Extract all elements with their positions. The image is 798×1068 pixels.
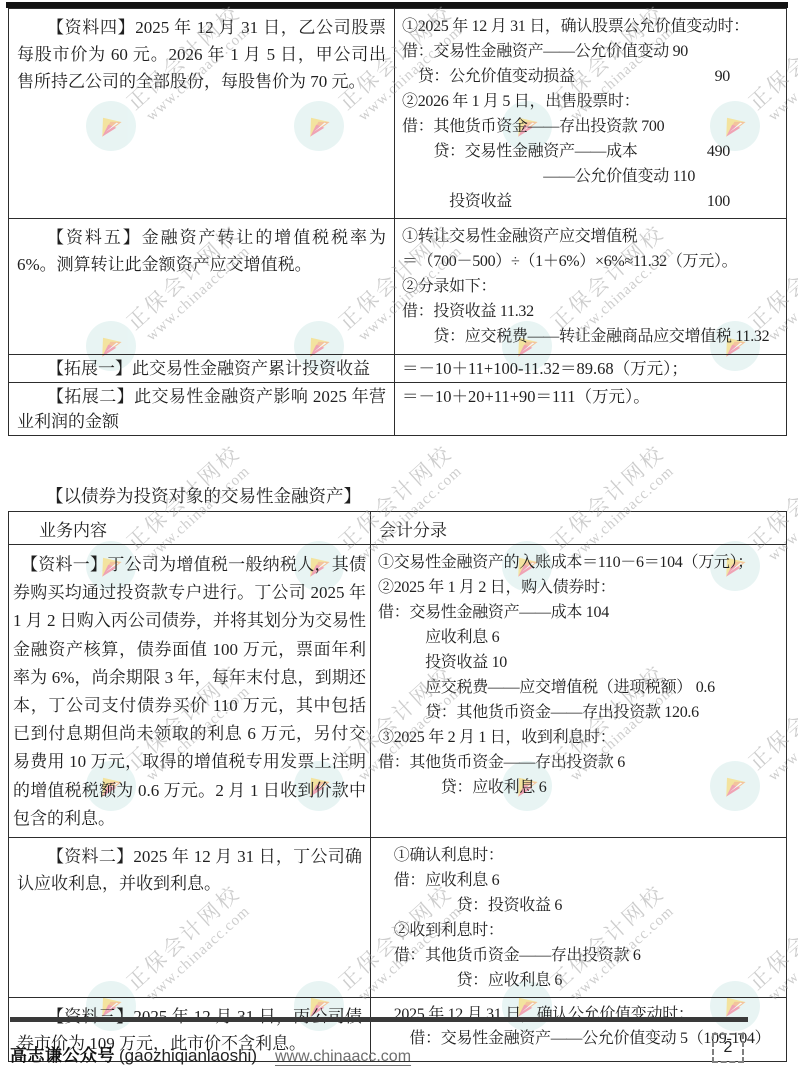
journal-line-text: 贷：其他货币资金——存出投资款 120.6 bbox=[378, 700, 699, 725]
table-header-row: 业务内容 会计分录 bbox=[9, 512, 787, 545]
footer-rule bbox=[10, 1017, 748, 1022]
material-2-entries-cell: ①确认利息时： 借：应收利息 6 贷：投资收益 6 ②收到利息时： 借：其他货币… bbox=[371, 838, 787, 998]
journal-line-text: 借：其他货币资金——存出投资款 700 bbox=[402, 114, 664, 139]
journal-line-text: 贷：投资收益 6 bbox=[378, 893, 562, 918]
journal-line-text: ＝（700－500）÷（1＋6%）×6%≈11.32（万元）。 bbox=[402, 249, 737, 274]
journal-line-text: 贷：应收利息 6 bbox=[378, 968, 562, 993]
footer-account-name: 高志谦公众号 bbox=[10, 1041, 115, 1066]
journal-line: 借：其他货币资金——存出投资款 6 bbox=[378, 750, 782, 775]
journal-line: 投资收益 10 bbox=[378, 650, 782, 675]
material-2-text: 【资料二】2025 年 12 月 31 日，丁公司确认应收利息，并收到利息。 bbox=[17, 843, 362, 897]
table-row-material-5: 【资料五】金融资产转让的增值税税率为 6%。测算转让此金额资产应交增值税。 ①转… bbox=[9, 219, 787, 355]
journal-line: ②2026 年 1 月 5 日，出售股票时： bbox=[402, 89, 782, 114]
material-5-content-cell: 【资料五】金融资产转让的增值税税率为 6%。测算转让此金额资产应交增值税。 bbox=[9, 219, 395, 355]
page-number-box: 2 bbox=[712, 1033, 744, 1063]
extension-1-content-cell: 【拓展一】此交易性金融资产累计投资收益 bbox=[9, 355, 395, 383]
journal-line-text: ①转让交易性金融资产应交增值税 bbox=[402, 224, 638, 249]
journal-line: 投资收益100 bbox=[402, 189, 782, 214]
table-row-material-4: 【资料四】2025 年 12 月 31 日，乙公司股票每股市价为 60 元。20… bbox=[9, 9, 787, 219]
extension-1-result: ＝－10＋11+100-11.32＝89.68（万元）； bbox=[402, 356, 782, 381]
column-header-journal-entries: 会计分录 bbox=[371, 512, 787, 545]
material-2-content-cell: 【资料二】2025 年 12 月 31 日，丁公司确认应收利息，并收到利息。 bbox=[9, 838, 371, 998]
journal-line-amount: 490 bbox=[707, 139, 782, 164]
journal-line: 贷：应收利息 6 bbox=[378, 775, 782, 800]
journal-line-text: 2025 年 12 月 31 日，确认公允价值变动时： bbox=[378, 1003, 694, 1027]
journal-line-text: ①确认利息时： bbox=[378, 843, 504, 868]
material-4-text: 【资料四】2025 年 12 月 31 日，乙公司股票每股市价为 60 元。20… bbox=[17, 14, 386, 95]
journal-line: ③2025 年 2 月 1 日，收到利息时： bbox=[378, 725, 782, 750]
document-page: 【资料四】2025 年 12 月 31 日，乙公司股票每股市价为 60 元。20… bbox=[0, 0, 798, 1068]
journal-line-text: ①2025 年 12 月 31 日，确认股票公允价值变动时： bbox=[402, 14, 749, 39]
journal-line-text: 投资收益 10 bbox=[378, 650, 507, 675]
journal-line: 贷：应交税费——转让金融商品应交增值税 11.32 bbox=[402, 324, 782, 349]
journal-line: 应交税费——应交增值税（进项税额） 0.6 bbox=[378, 675, 782, 700]
material-5-journal-entries: ①转让交易性金融资产应交增值税＝（700－500）÷（1＋6%）×6%≈11.3… bbox=[402, 224, 782, 349]
journal-line-text: 贷：应交税费——转让金融商品应交增值税 11.32 bbox=[402, 324, 769, 349]
column-header-business-content: 业务内容 bbox=[9, 512, 371, 545]
journal-line-text: 借：其他货币资金——存出投资款 6 bbox=[378, 750, 625, 775]
journal-line: ②收到利息时： bbox=[378, 918, 782, 943]
journal-line-text: ②分录如下： bbox=[402, 274, 496, 299]
journal-line-text: 投资收益 bbox=[402, 189, 512, 214]
journal-line-text: 借：交易性金融资产——成本 104 bbox=[378, 600, 609, 625]
page-number: 2 bbox=[724, 1039, 733, 1057]
table-row-extension-1: 【拓展一】此交易性金融资产累计投资收益 ＝－10＋11+100-11.32＝89… bbox=[9, 355, 787, 383]
journal-line: 贷：交易性金融资产——成本490 bbox=[402, 139, 782, 164]
extension-2-result: ＝－10＋20+11+90＝111（万元）。 bbox=[402, 384, 782, 409]
journal-line-text: 借：其他货币资金——存出投资款 6 bbox=[378, 943, 641, 968]
extension-1-result-cell: ＝－10＋11+100-11.32＝89.68（万元）； bbox=[395, 355, 787, 383]
material-1-text: 【资料一】丁公司为增值税一般纳税人，其债券购买均通过投资款专户进行。丁公司 20… bbox=[13, 551, 366, 833]
material-5-text: 【资料五】金融资产转让的增值税税率为 6%。测算转让此金额资产应交增值税。 bbox=[17, 224, 386, 278]
journal-line: 贷：公允价值变动损益90 bbox=[402, 64, 782, 89]
journal-line: 借：其他货币资金——存出投资款 700 bbox=[402, 114, 782, 139]
journal-line-text: 应收利息 6 bbox=[378, 625, 499, 650]
table-row-material-1: 【资料一】丁公司为增值税一般纳税人，其债券购买均通过投资款专户进行。丁公司 20… bbox=[9, 545, 787, 838]
material-1-entries-cell: ①交易性金融资产的入账成本＝110－6＝104（万元）；②2025 年 1 月 … bbox=[371, 545, 787, 838]
journal-line: ②分录如下： bbox=[402, 274, 782, 299]
journal-line: 借：投资收益 11.32 bbox=[402, 299, 782, 324]
journal-line: ②2025 年 1 月 2 日，购入债券时： bbox=[378, 575, 782, 600]
material-1-journal-entries: ①交易性金融资产的入账成本＝110－6＝104（万元）；②2025 年 1 月 … bbox=[378, 550, 782, 800]
journal-line-text: 借：交易性金融资产——公允价值变动 90 bbox=[402, 39, 688, 64]
stock-case-table: 【资料四】2025 年 12 月 31 日，乙公司股票每股市价为 60 元。20… bbox=[8, 8, 787, 436]
journal-line: 贷：投资收益 6 bbox=[378, 893, 782, 918]
journal-line: ——公允价值变动 110 bbox=[402, 164, 782, 189]
journal-line-text: ②2026 年 1 月 5 日，出售股票时： bbox=[402, 89, 639, 114]
journal-line: ①转让交易性金融资产应交增值税 bbox=[402, 224, 782, 249]
material-4-entries-cell: ①2025 年 12 月 31 日，确认股票公允价值变动时：借：交易性金融资产—… bbox=[395, 9, 787, 219]
journal-line: 借：交易性金融资产——成本 104 bbox=[378, 600, 782, 625]
journal-line-amount: 90 bbox=[715, 64, 782, 89]
extension-2-text: 【拓展二】此交易性金融资产影响 2025 年营业利润的金额 bbox=[17, 384, 386, 434]
material-2-journal-entries: ①确认利息时： 借：应收利息 6 贷：投资收益 6 ②收到利息时： 借：其他货币… bbox=[378, 843, 782, 993]
extension-1-text: 【拓展一】此交易性金融资产累计投资收益 bbox=[17, 356, 386, 381]
journal-line: 2025 年 12 月 31 日，确认公允价值变动时： bbox=[378, 1003, 782, 1027]
bond-case-table: 业务内容 会计分录 【资料一】丁公司为增值税一般纳税人，其债券购买均通过投资款专… bbox=[8, 511, 787, 1062]
journal-line-text: 贷：应收利息 6 bbox=[378, 775, 546, 800]
journal-line-text: 借：应收利息 6 bbox=[378, 868, 499, 893]
journal-line-text: 贷：交易性金融资产——成本 bbox=[402, 139, 638, 164]
table-row-extension-2: 【拓展二】此交易性金融资产影响 2025 年营业利润的金额 ＝－10＋20+11… bbox=[9, 383, 787, 436]
journal-line: 借：应收利息 6 bbox=[378, 868, 782, 893]
journal-line-text: 借：投资收益 11.32 bbox=[402, 299, 534, 324]
journal-line: 贷：其他货币资金——存出投资款 120.6 bbox=[378, 700, 782, 725]
material-4-journal-entries: ①2025 年 12 月 31 日，确认股票公允价值变动时：借：交易性金融资产—… bbox=[402, 14, 782, 214]
footer-account-handle: (gaozhiqianlaoshi) bbox=[119, 1046, 257, 1066]
journal-line: 应收利息 6 bbox=[378, 625, 782, 650]
journal-line: 贷：应收利息 6 bbox=[378, 968, 782, 993]
material-1-content-cell: 【资料一】丁公司为增值税一般纳税人，其债券购买均通过投资款专户进行。丁公司 20… bbox=[9, 545, 371, 838]
footer-website-link[interactable]: www.chinaacc.com bbox=[275, 1048, 411, 1066]
journal-line-amount: 100 bbox=[707, 189, 782, 214]
material-5-entries-cell: ①转让交易性金融资产应交增值税＝（700－500）÷（1＋6%）×6%≈11.3… bbox=[395, 219, 787, 355]
journal-line-text: ③2025 年 2 月 1 日，收到利息时： bbox=[378, 725, 615, 750]
material-4-content-cell: 【资料四】2025 年 12 月 31 日，乙公司股票每股市价为 60 元。20… bbox=[9, 9, 395, 219]
journal-line-text: 贷：公允价值变动损益 bbox=[402, 64, 575, 89]
extension-2-content-cell: 【拓展二】此交易性金融资产影响 2025 年营业利润的金额 bbox=[9, 383, 395, 436]
journal-line-text: ①交易性金融资产的入账成本＝110－6＝104（万元）； bbox=[378, 550, 753, 575]
journal-line-text: ②收到利息时： bbox=[378, 918, 504, 943]
journal-line-text: 应交税费——应交增值税（进项税额） 0.6 bbox=[378, 675, 715, 700]
journal-line: 借：其他货币资金——存出投资款 6 bbox=[378, 943, 782, 968]
journal-line: 借：交易性金融资产——公允价值变动 90 bbox=[402, 39, 782, 64]
journal-line: ＝（700－500）÷（1＋6%）×6%≈11.32（万元）。 bbox=[402, 249, 782, 274]
section-heading: 【以债券为投资对象的交易性金融资产】 bbox=[8, 483, 768, 508]
journal-line-text: ——公允价值变动 110 bbox=[402, 164, 695, 189]
journal-line: ①2025 年 12 月 31 日，确认股票公允价值变动时： bbox=[402, 14, 782, 39]
journal-line: ①交易性金融资产的入账成本＝110－6＝104（万元）； bbox=[378, 550, 782, 575]
footer: 高志谦公众号 (gaozhiqianlaoshi) www.chinaacc.c… bbox=[10, 1041, 411, 1066]
journal-line-text: ②2025 年 1 月 2 日，购入债券时： bbox=[378, 575, 615, 600]
extension-2-result-cell: ＝－10＋20+11+90＝111（万元）。 bbox=[395, 383, 787, 436]
table-row-material-2: 【资料二】2025 年 12 月 31 日，丁公司确认应收利息，并收到利息。 ①… bbox=[9, 838, 787, 998]
journal-line: ①确认利息时： bbox=[378, 843, 782, 868]
